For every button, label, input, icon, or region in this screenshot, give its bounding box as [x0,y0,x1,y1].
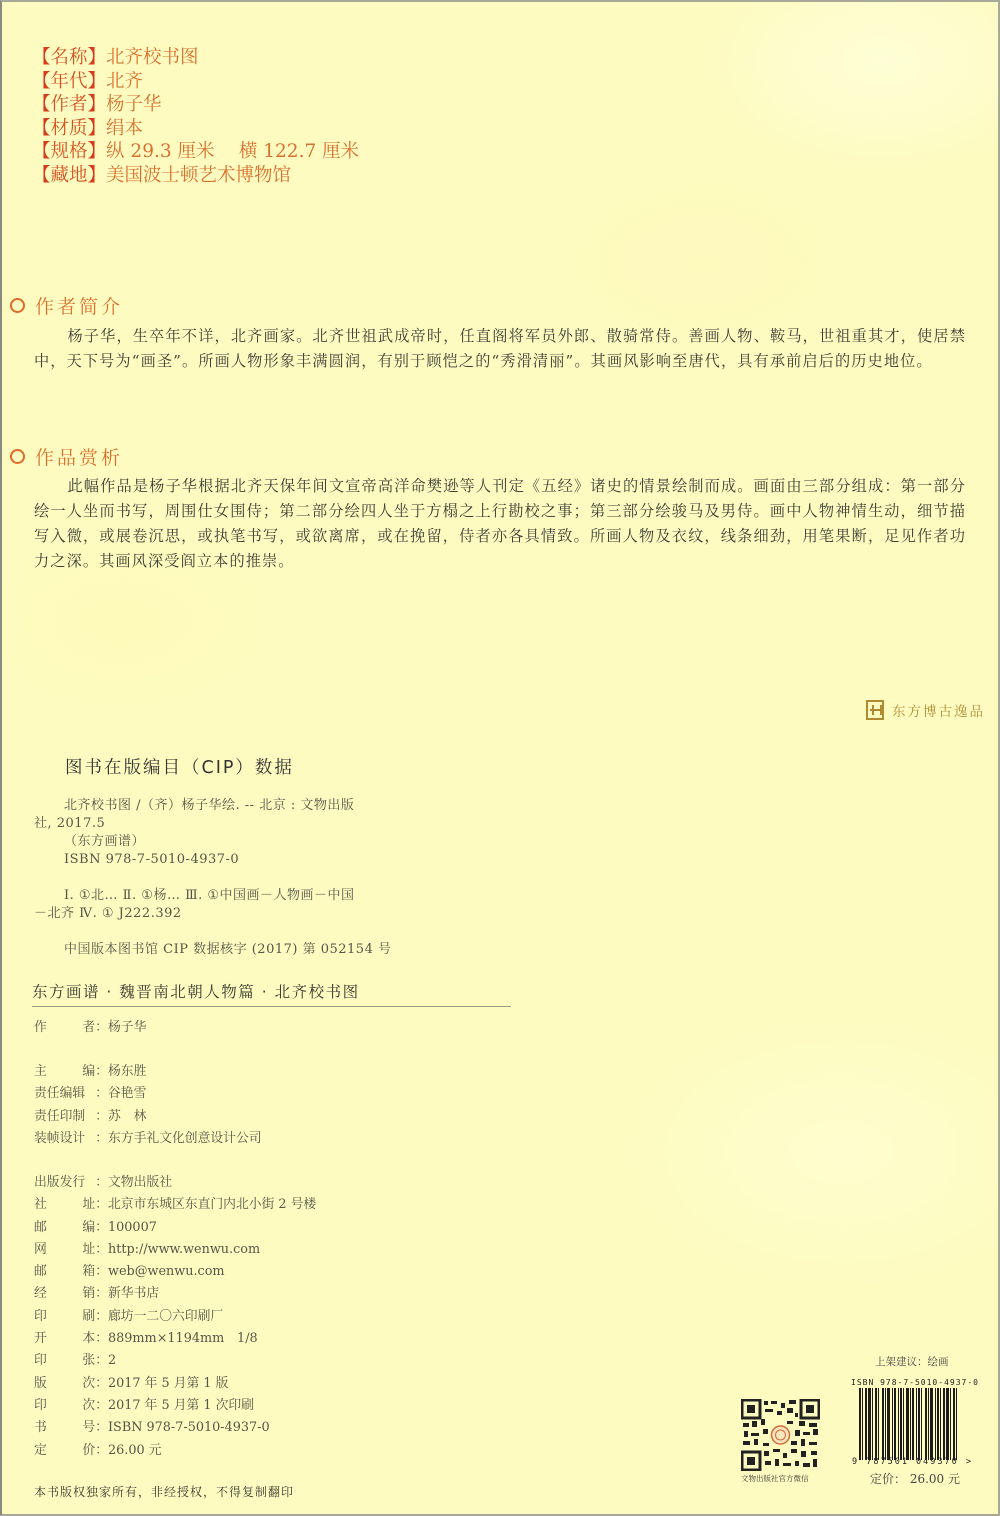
credit-row: 网址：http://www.wenwu.com [34,1239,316,1261]
book-copyright-page: 【名称】北齐校书图 【年代】北齐 【作者】杨子华 【材质】绢本 【规格】纵 29… [0,0,1000,1516]
credit-key: 号： [82,1417,108,1439]
credit-key: 张： [82,1350,108,1372]
credit-value: 2017 年 5 月第 1 版 [108,1373,228,1395]
credit-row: 书号：ISBN 978-7-5010-4937-0 [34,1417,316,1439]
credit-key: 作 [34,1017,47,1039]
credit-key: 本： [82,1328,108,1350]
credit-row: 主编：杨东胜 [34,1061,262,1083]
credit-key: 者： [82,1017,108,1039]
credit-key: 装帧设计 [34,1128,85,1150]
author-intro-heading: 作者简介 [10,292,123,319]
credit-row: 作者：杨子华 [34,1017,146,1039]
info-row-dimensions: 【规格】纵 29.3 厘米 横 122.7 厘米 [32,140,359,164]
credit-value: 北京市东城区东直门内北小街 2 号楼 [108,1194,316,1216]
credit-key: 责任印制 [34,1106,85,1128]
credit-key: ： [95,1172,108,1194]
credit-value: 谷艳雪 [108,1083,146,1105]
credit-row: 版次：2017 年 5 月第 1 版 [34,1373,316,1395]
credit-key: 定 [34,1440,47,1462]
spacer [34,869,391,887]
credit-key: 书 [34,1417,47,1439]
appreciation-heading: 作品赏析 [10,443,123,470]
credit-value: 东方手礼文化创意设计公司 [108,1128,262,1150]
credit-key: 编： [82,1217,108,1239]
info-row-author: 【作者】杨子华 [32,93,359,117]
credit-key: ： [95,1083,108,1105]
credit-key: ： [95,1128,108,1150]
info-row-collection: 【藏地】美国波士顿艺术博物馆 [32,164,359,188]
credit-row: 出版发行：文物出版社 [34,1172,316,1194]
credits-author: 作者：杨子华 [34,1017,146,1039]
section-title: 作品赏析 [35,443,123,470]
credit-value: 杨东胜 [108,1061,146,1083]
circle-bullet-icon [10,449,25,464]
qr-code-icon [741,1399,820,1471]
credit-key: 刷： [82,1306,108,1328]
info-key: 作者 [51,94,88,115]
artwork-info: 【名称】北齐校书图 【年代】北齐 【作者】杨子华 【材质】绢本 【规格】纵 29… [32,46,359,188]
credit-row: 邮箱：web@wenwu.com [34,1261,316,1283]
credit-row: 邮编：100007 [34,1217,316,1239]
cip-title: 图书在版编目（CIP）数据 [65,754,294,779]
credit-value: 苏 林 [108,1106,146,1128]
credits-publishing: 出版发行：文物出版社 社址：北京市东城区东直门内北小街 2 号楼 邮编：1000… [34,1172,316,1462]
credit-key: 印 [34,1306,47,1328]
credit-value: 廊坊一二〇六印刷厂 [108,1306,223,1328]
info-row-era: 【年代】北齐 [32,70,359,94]
credit-key: 印 [34,1395,47,1417]
credit-value: 26.00 元 [108,1440,162,1462]
appreciation-text: 此幅作品是杨子华根据北齐天保年间文宣帝高洋命樊逊等人刊定《五经》诸史的情景绘制而… [34,474,966,574]
cip-line: 中国版本图书馆 CIP 数据核字 (2017) 第 052154 号 [34,941,391,959]
spacer [34,923,391,941]
credit-row: 社址：北京市东城区东直门内北小街 2 号楼 [34,1194,316,1216]
credit-row: 定价：26.00 元 [34,1440,316,1462]
credit-value: 新华书店 [108,1283,159,1305]
cip-line: －北齐 Ⅳ. ① J222.392 [34,905,391,923]
credit-value: 2017 年 5 月第 1 次印刷 [108,1395,254,1417]
info-key: 材质 [51,118,88,139]
credit-value: 2 [108,1350,116,1372]
info-key: 年代 [51,71,88,92]
barcode-price: 定价： 26.00 元 [870,1470,960,1487]
info-value: 绢本 [106,118,143,139]
series-title: 东方画谱 · 魏晋南北朝人物篇 · 北齐校书图 [32,980,360,1002]
credit-key: 开 [34,1328,47,1350]
credit-key: 主 [34,1061,47,1083]
credit-row: 印刷：廊坊一二〇六印刷厂 [34,1306,316,1328]
email-link[interactable]: web@wenwu.com [108,1261,225,1283]
credit-row: 装帧设计：东方手礼文化创意设计公司 [34,1128,262,1150]
credit-key: 编： [82,1061,108,1083]
credit-key: 价： [82,1440,108,1462]
isbn-label: ISBN 978-7-5010-4937-0 [851,1378,979,1387]
credit-key: 次： [82,1395,108,1417]
credit-key: 址： [82,1239,108,1261]
copyright-notice: 本书版权独家所有，非经授权，不得复制翻印 [34,1483,294,1500]
credit-key: 箱： [82,1261,108,1283]
credit-row: 印张：2 [34,1350,316,1372]
info-key: 规格 [51,141,88,162]
author-intro-text: 杨子华，生卒年不详，北齐画家。北齐世祖武成帝时，任直阁将军员外郎、散骑常侍。善画… [34,324,966,374]
info-key: 名称 [51,47,88,68]
credit-value: 100007 [108,1217,157,1239]
credit-key: ： [95,1106,108,1128]
brand-label: 东方博古逸品 [892,700,985,720]
credit-value: ISBN 978-7-5010-4937-0 [108,1417,270,1439]
info-value: 北齐校书图 [106,47,199,68]
credit-key: 社 [34,1194,47,1216]
credit-row: 印次：2017 年 5 月第 1 次印刷 [34,1395,316,1417]
info-row-name: 【名称】北齐校书图 [32,46,359,70]
info-value: 纵 29.3 厘米 横 122.7 厘米 [106,141,359,162]
website-link[interactable]: http://www.wenwu.com [108,1239,260,1261]
credit-value: 文物出版社 [108,1172,172,1194]
credit-key: 邮 [34,1217,47,1239]
credit-row: 经销：新华书店 [34,1283,316,1305]
brand-mark: 东方博古逸品 [866,700,985,720]
credit-key: 邮 [34,1261,47,1283]
section-title: 作者简介 [35,292,123,319]
cip-line: ISBN 978-7-5010-4937-0 [34,851,391,869]
credit-value: 杨子华 [108,1017,146,1039]
cip-line: 北齐校书图 /（齐）杨子华绘. -- 北京 : 文物出版 [34,797,391,815]
credit-key: 经 [34,1283,47,1305]
info-key: 藏地 [51,165,88,186]
credit-row: 责任印制：苏 林 [34,1106,262,1128]
cip-line: （东方画谱） [34,833,391,851]
credit-row: 开本：889mm×1194mm 1/8 [34,1328,316,1350]
credit-key: 次： [82,1373,108,1395]
qr-caption: 文物出版社官方微信 [741,1473,809,1484]
credit-row: 责任编辑：谷艳雪 [34,1083,262,1105]
credit-key: 址： [82,1194,108,1216]
credit-key: 责任编辑 [34,1083,85,1105]
credit-key: 版 [34,1373,47,1395]
credits-editors: 主编：杨东胜 责任编辑：谷艳雪 责任印制：苏 林 装帧设计：东方手礼文化创意设计… [34,1061,262,1150]
info-value: 美国波士顿艺术博物馆 [106,165,291,186]
cip-line: 社, 2017.5 [34,815,391,833]
info-value: 杨子华 [106,94,162,115]
shelf-suggestion: 上架建议：绘画 [875,1354,949,1369]
barcode [859,1388,969,1460]
divider [32,1006,511,1007]
credit-key: 出版发行 [34,1172,85,1194]
barcode-digits: 9 787501 049370 > [852,1457,973,1467]
brand-logo-icon [866,700,884,720]
credit-key: 销： [82,1283,108,1305]
qr-code[interactable] [741,1399,820,1471]
credit-key: 印 [34,1350,47,1372]
cip-data: 北齐校书图 /（齐）杨子华绘. -- 北京 : 文物出版 社, 2017.5 （… [34,797,391,959]
cip-line: Ⅰ. ①北… Ⅱ. ①杨… Ⅲ. ①中国画－人物画－中国 [34,887,391,905]
info-value: 北齐 [106,71,143,92]
credit-value: 889mm×1194mm 1/8 [108,1328,258,1350]
credit-key: 网 [34,1239,47,1261]
info-row-material: 【材质】绢本 [32,117,359,141]
circle-bullet-icon [10,298,25,313]
